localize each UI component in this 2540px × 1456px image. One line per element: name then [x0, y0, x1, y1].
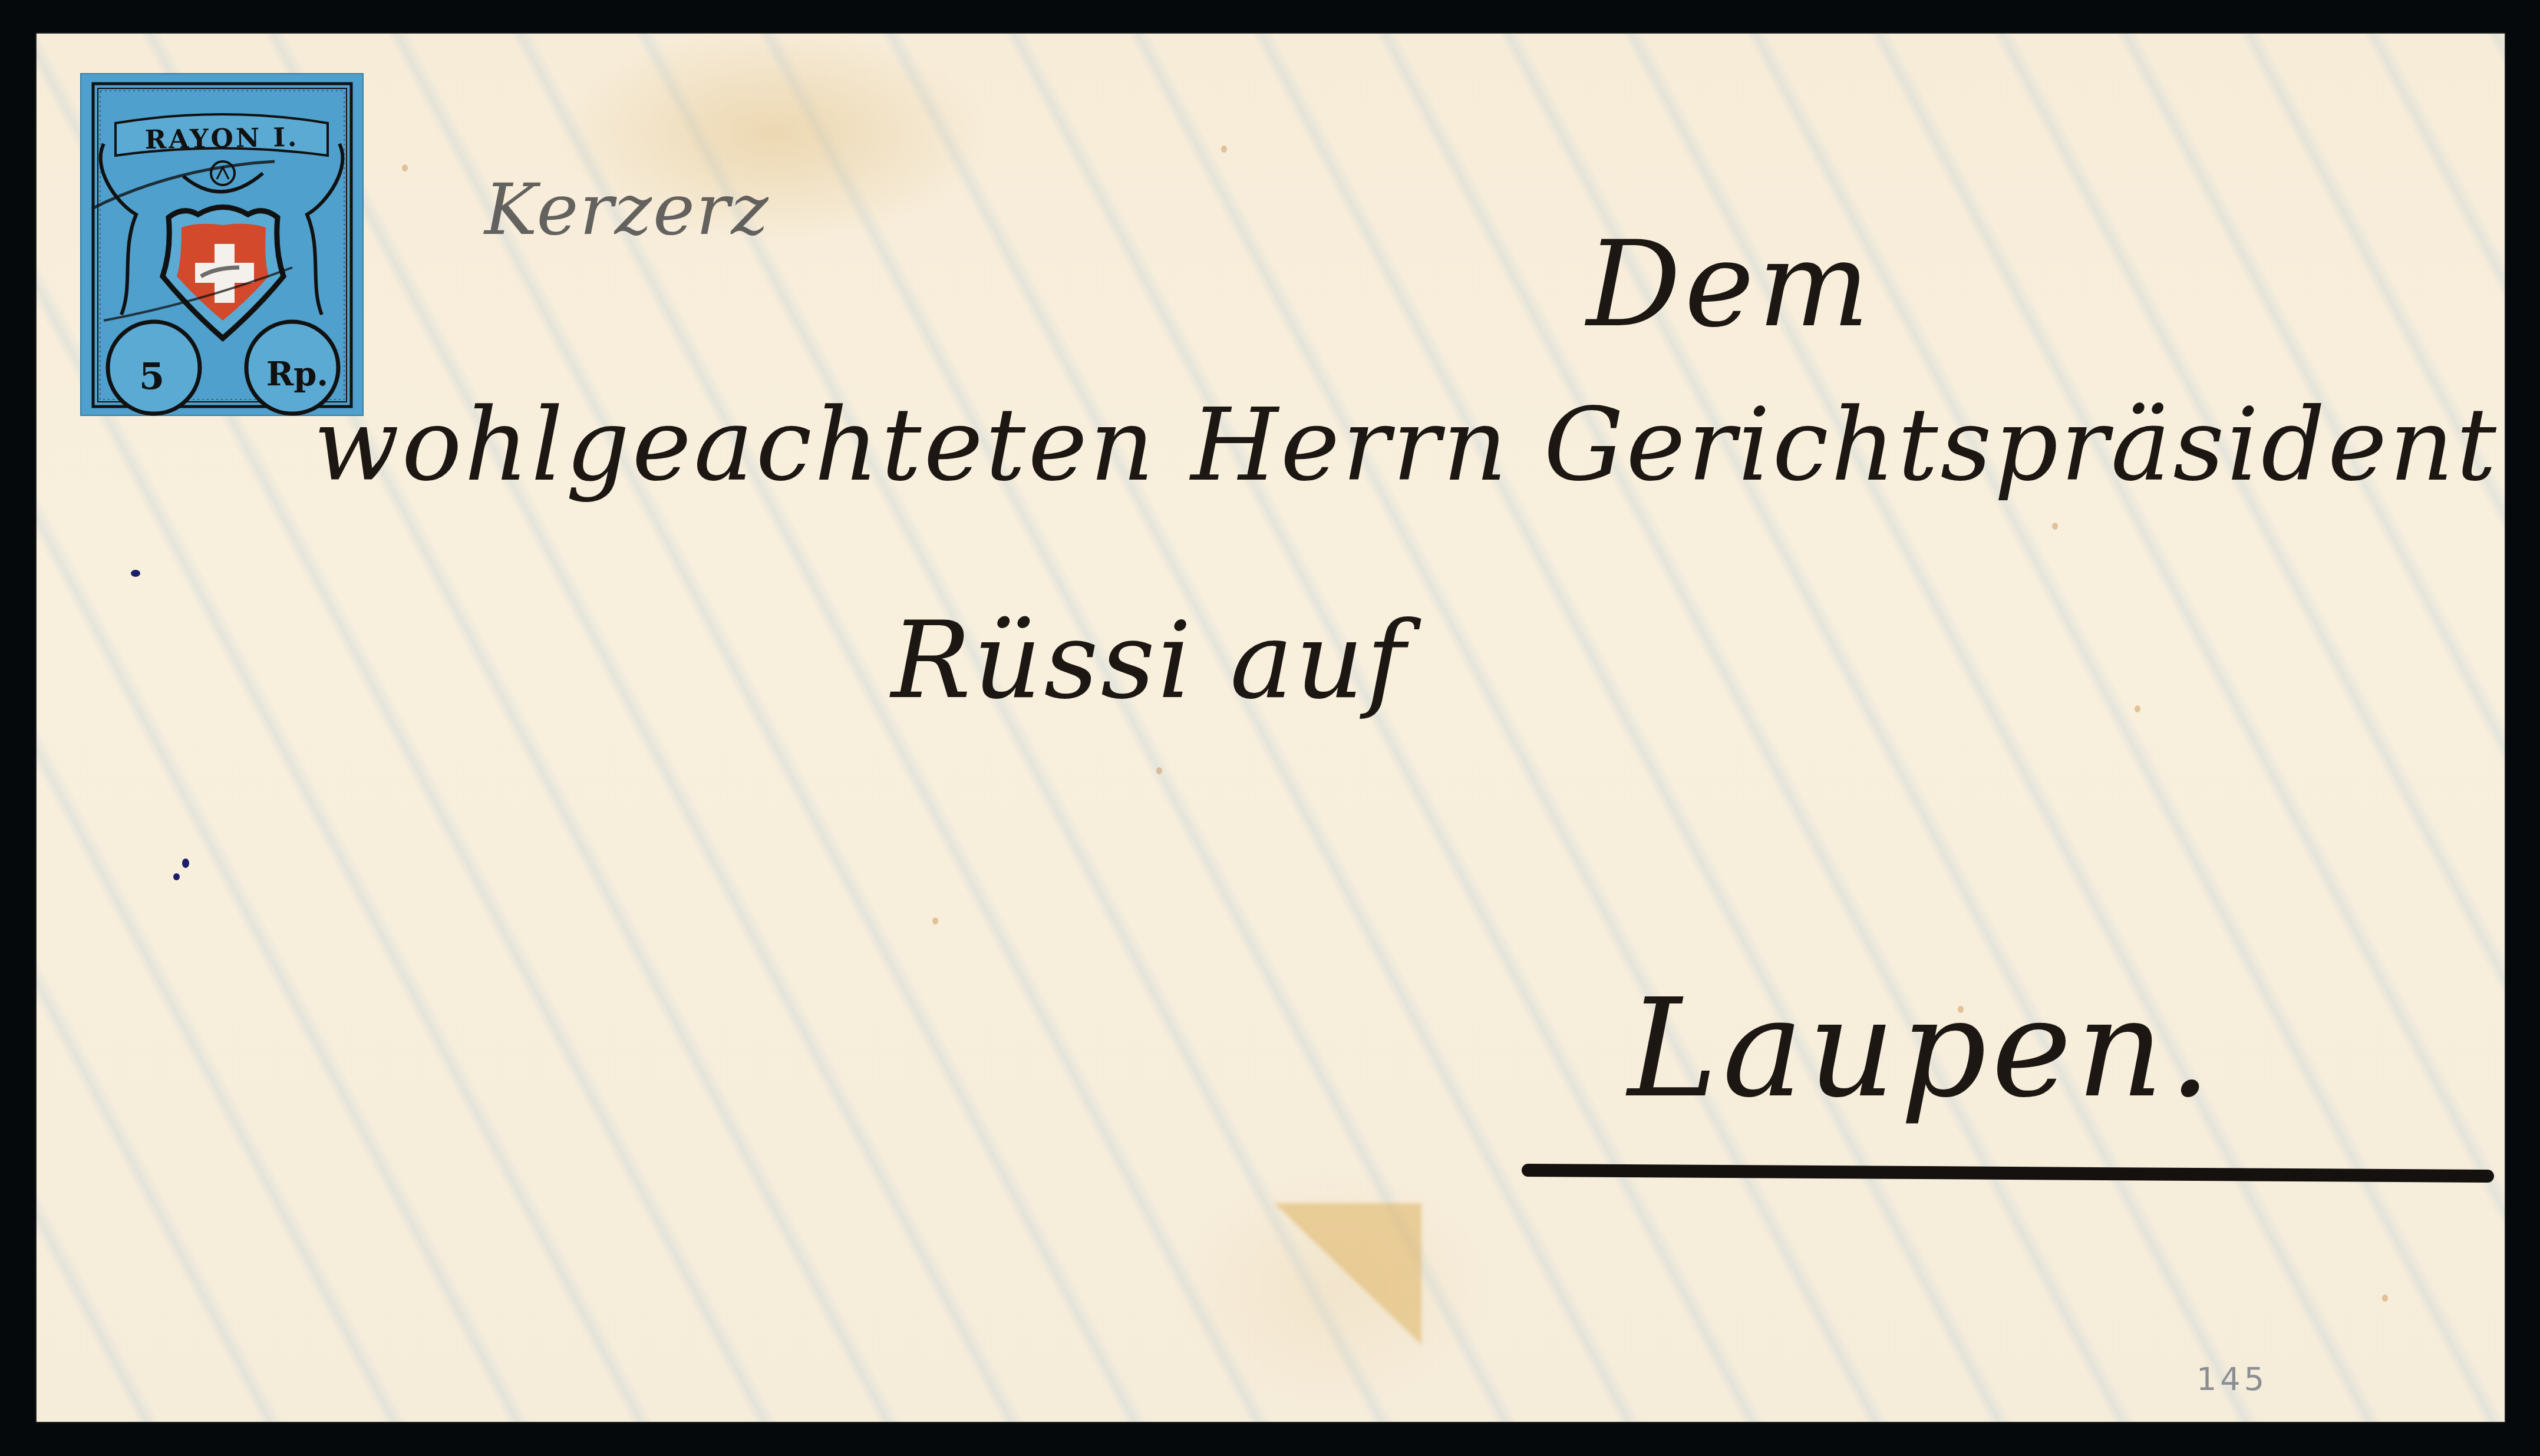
- paper-stain: [1274, 1203, 1421, 1345]
- foxing-spot: [932, 917, 938, 925]
- postage-stamp: RAYON I. 5 Rp.: [80, 73, 364, 416]
- ink-dot: [182, 859, 189, 868]
- foxing-spot: [2382, 1295, 2388, 1302]
- origin-postmark-note: Kerzerz: [484, 169, 770, 251]
- ink-dot: [131, 570, 140, 577]
- address-line-name: Rüssi auf: [891, 599, 1408, 722]
- postal-cover: RAYON I. 5 Rp. Kerzerz Dem wohlgeachtete…: [37, 34, 2505, 1422]
- foxing-spot: [402, 164, 408, 171]
- destination-underline: [1522, 1164, 2494, 1183]
- ink-dot: [173, 873, 180, 880]
- foxing-spot: [1156, 767, 1162, 774]
- address-destination: Laupen.: [1628, 970, 2216, 1128]
- address-line-title: wohlgeachteten Herrn Gerichtspräsident: [314, 387, 2499, 504]
- foxing-spot: [1221, 146, 1227, 153]
- pencil-annotation: 145: [2196, 1361, 2268, 1398]
- foxing-spot: [2052, 523, 2058, 530]
- stamp-inscription: RAYON I.: [80, 121, 364, 156]
- foxing-spot: [2135, 705, 2140, 712]
- stamp-value-numeral: 5: [139, 355, 164, 398]
- address-line-salutation: Dem: [1586, 216, 1873, 354]
